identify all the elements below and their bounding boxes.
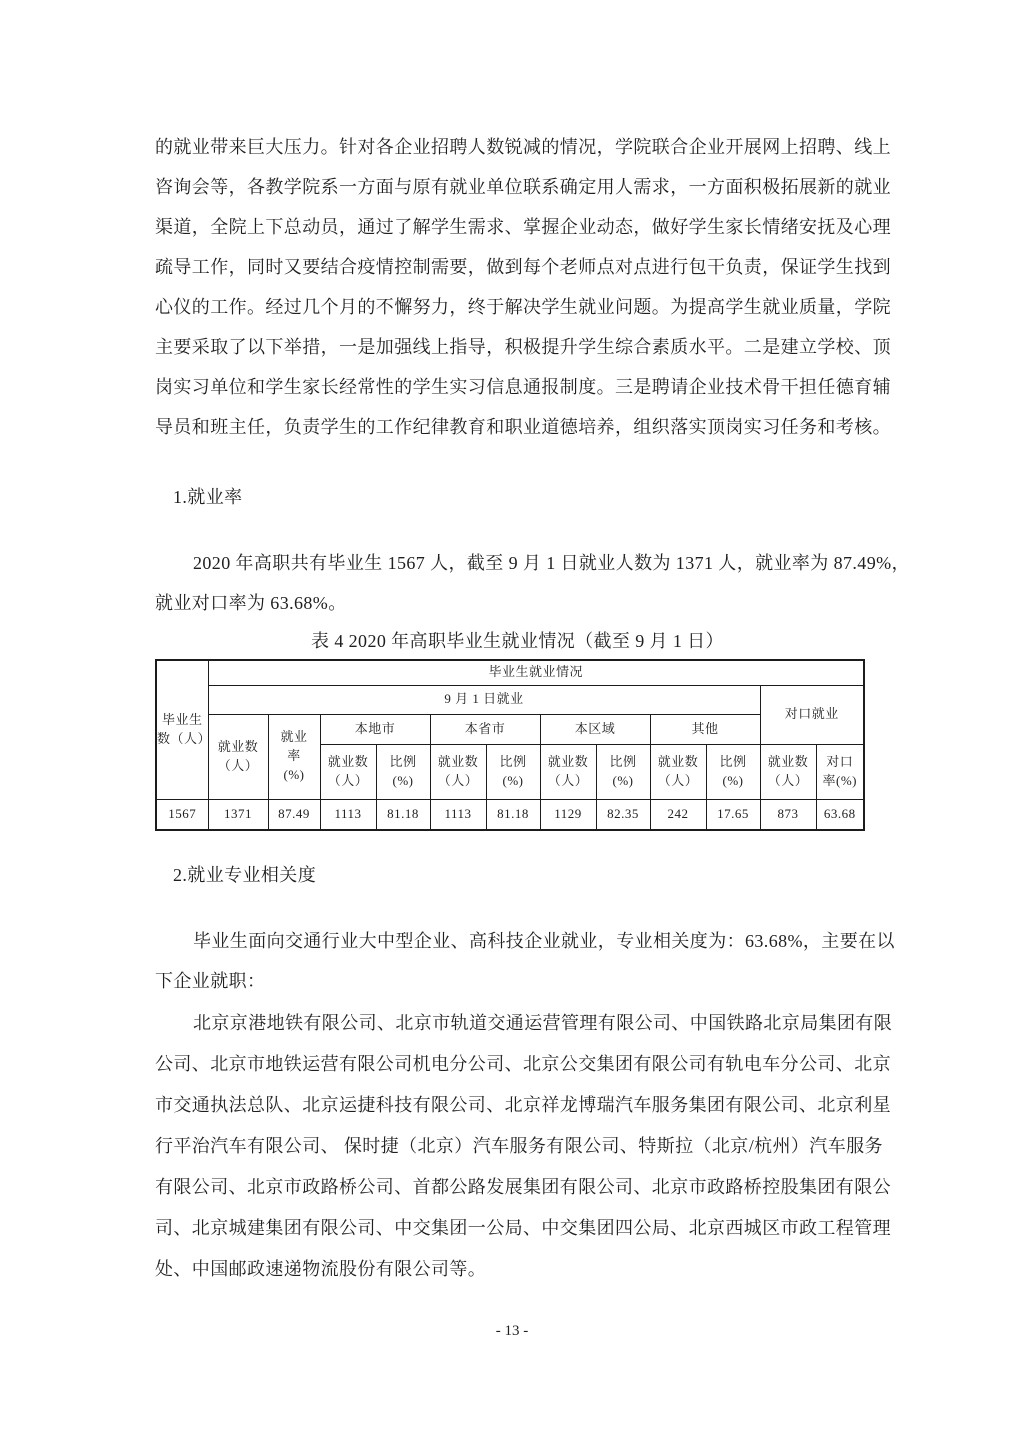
header-cell-local-city: 本地市 [320,714,430,744]
paragraph-employment-rate: 2020 年高职共有毕业生 1567 人，截至 9 月 1 日就业人数为 137… [155,543,880,623]
text-line: 2020 年高职共有毕业生 1567 人，截至 9 月 1 日就业人数为 137… [155,543,880,583]
section-heading-employment-rate: 1.就业率 [155,477,880,517]
text-line: 渠道，全院上下总动员，通过了解学生需求、掌握企业动态，做好学生家长情绪安抚及心理 [155,207,880,247]
paragraph-major-relevance: 毕业生面向交通行业大中型企业、高科技企业就业，专业相关度为：63.68%，主要在… [155,921,880,1001]
text-line: 北京京港地铁有限公司、北京市轨道交通运营管理有限公司、中国铁路北京局集团有限 [155,1003,880,1044]
header-cell-count: 就业数 （人） [540,744,596,799]
data-cell-rate: 87.49 [268,799,320,830]
header-cell-graduates: 毕业生 数（人） [156,660,208,799]
table-caption: 表 4 2020 年高职毕业生就业情况（截至 9 月 1 日） [155,623,880,659]
data-cell-local-ratio: 81.18 [376,799,430,830]
data-cell-other-count: 242 [650,799,706,830]
text-line: 就业对口率为 63.68%。 [155,583,880,623]
header-cell-count: 就业数 （人） [320,744,376,799]
data-cell-region-ratio: 82.35 [596,799,650,830]
table-data-row: 1567 1371 87.49 1113 81.18 1113 81.18 11… [156,799,864,830]
text-line: 处、中国邮政速递物流股份有限公司等。 [155,1249,880,1290]
text-line: 咨询会等，各教学院系一方面与原有就业单位联系确定用人需求，一方面积极拓展新的就业 [155,167,880,207]
header-cell-ratio: 比例 (%) [376,744,430,799]
section-heading-major-relevance: 2.就业专业相关度 [155,855,880,895]
header-cell-ratio: 比例 (%) [596,744,650,799]
data-cell-province-count: 1113 [430,799,486,830]
text-line: 行平治汽车有限公司、 保时捷（北京）汽车服务有限公司、特斯拉（北京/杭州）汽车服… [155,1126,880,1167]
text-line: 有限公司、北京市政路桥公司、首都公路发展集团有限公司、北京市政路桥控股集团有限公 [155,1167,880,1208]
data-cell-employed: 1371 [208,799,268,830]
page-content: 的就业带来巨大压力。针对各企业招聘人数锐减的情况，学院联合企业开展网上招聘、线上… [155,0,880,1290]
text-line: 的就业带来巨大压力。针对各企业招聘人数锐减的情况，学院联合企业开展网上招聘、线上 [155,127,880,167]
header-cell-employment-rate: 就业 率 (%) [268,714,320,799]
employment-table: 毕业生 数（人） 毕业生就业情况 9 月 1 日就业 对口就业 就业数 （人） … [155,659,865,831]
data-cell-local-count: 1113 [320,799,376,830]
header-cell-matched-rate: 对口 率(%) [816,744,864,799]
header-cell-ratio: 比例 (%) [486,744,540,799]
text-line: 疏导工作，同时又要结合疫情控制需要，做到每个老师点对点进行包干负责，保证学生找到 [155,247,880,287]
page-number: - 13 - [0,1316,1024,1346]
text-line: 心仪的工作。经过几个月的不懈努力，终于解决学生就业问题。为提高学生就业质量，学院 [155,287,880,327]
header-cell-sep1-employment: 9 月 1 日就业 [208,685,760,714]
data-cell-other-ratio: 17.65 [706,799,760,830]
text-line: 毕业生面向交通行业大中型企业、高科技企业就业，专业相关度为：63.68%，主要在… [155,921,880,961]
header-cell-other: 其他 [650,714,760,744]
text-line: 市交通执法总队、北京运捷科技有限公司、北京祥龙博瑞汽车服务集团有限公司、北京利星 [155,1085,880,1126]
data-cell-matched-rate: 63.68 [816,799,864,830]
header-cell-matched-count: 就业数 （人） [760,744,816,799]
data-cell-matched-count: 873 [760,799,816,830]
text-line: 下企业就职： [155,961,880,1001]
header-cell-employed-total: 就业数 （人） [208,714,268,799]
document-page: 的就业带来巨大压力。针对各企业招聘人数锐减的情况，学院联合企业开展网上招聘、线上… [0,0,1024,1448]
text-line: 司、北京城建集团有限公司、中交集团一公局、中交集团四公局、北京西城区市政工程管理 [155,1208,880,1249]
header-cell-employment-situation: 毕业生就业情况 [208,660,864,685]
header-cell-province-city: 本省市 [430,714,540,744]
paragraph-employer-list: 北京京港地铁有限公司、北京市轨道交通运营管理有限公司、中国铁路北京局集团有限 公… [155,1003,880,1290]
text-line: 岗实习单位和学生家长经常性的学生实习信息通报制度。三是聘请企业技术骨干担任德育辅 [155,367,880,407]
paragraph-continuation: 的就业带来巨大压力。针对各企业招聘人数锐减的情况，学院联合企业开展网上招聘、线上… [155,127,880,447]
data-cell-province-ratio: 81.18 [486,799,540,830]
header-cell-region: 本区域 [540,714,650,744]
text-line: 导员和班主任，负责学生的工作纪律教育和职业道德培养，组织落实顶岗实习任务和考核。 [155,407,880,447]
data-cell-graduates: 1567 [156,799,208,830]
text-line: 主要采取了以下举措，一是加强线上指导，积极提升学生综合素质水平。二是建立学校、顶 [155,327,880,367]
header-cell-matched-employment: 对口就业 [760,685,864,744]
header-cell-count: 就业数 （人） [650,744,706,799]
header-cell-ratio: 比例 (%) [706,744,760,799]
header-cell-count: 就业数 （人） [430,744,486,799]
text-line: 公司、北京市地铁运营有限公司机电分公司、北京公交集团有限公司有轨电车分公司、北京 [155,1044,880,1085]
data-cell-region-count: 1129 [540,799,596,830]
